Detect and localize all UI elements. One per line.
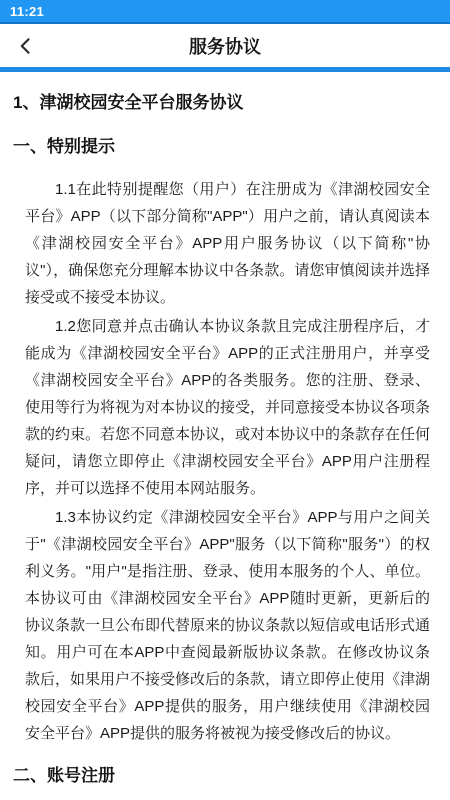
chevron-left-icon [16, 36, 36, 56]
app-screen: 11:21 服务协议 1、津湖校园安全平台服务协议 一、特别提示 1.1在此特别… [0, 0, 450, 800]
agreement-paragraph-1-1: 1.1在此特别提醒您（用户）在注册成为《津湖校园安全平台》APP（以下部分简称"… [25, 176, 430, 311]
status-bar: 11:21 [0, 0, 450, 24]
agreement-scroll-area[interactable]: 1、津湖校园安全平台服务协议 一、特别提示 1.1在此特别提醒您（用户）在注册成… [0, 92, 450, 787]
page-title: 服务协议 [189, 33, 261, 59]
subsection-title-special-notice: 一、特别提示 [13, 136, 430, 158]
status-time: 11:21 [0, 4, 44, 19]
subsection-title-account-registration: 二、账号注册 [13, 765, 430, 787]
header-bar: 服务协议 [0, 24, 450, 67]
agreement-paragraph-1-3: 1.3本协议约定《津湖校园安全平台》APP与用户之间关于"《津湖校园安全平台》A… [25, 504, 430, 747]
agreement-paragraph-1-2: 1.2您同意并点击确认本协议条款且完成注册程序后，才能成为《津湖校园安全平台》A… [25, 313, 430, 502]
header-accent-divider [0, 67, 450, 72]
section-title: 1、津湖校园安全平台服务协议 [13, 92, 430, 114]
back-button[interactable] [6, 24, 46, 67]
